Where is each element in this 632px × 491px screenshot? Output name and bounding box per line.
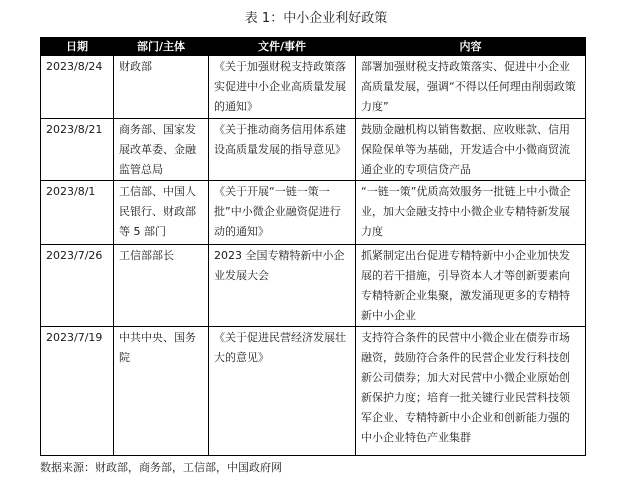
- cell-content: 部署加强财税支持政策落实、促进中小企业高质量发展，强调“不得以任何理由削弱政策力…: [356, 56, 586, 119]
- cell-department: 工信部、中国人民银行、财政部等 5 部门: [114, 181, 209, 245]
- cell-date: 2023/7/19: [41, 327, 114, 456]
- cell-document: 《关于开展“一链一策一批”中小微企业融资促进行动的通知》: [209, 181, 356, 245]
- cell-department: 商务部、国家发展改革委、金融监管总局: [114, 119, 209, 181]
- data-source-note: 数据来源：财政部，商务部，工信部，中国政府网: [40, 459, 282, 475]
- cell-content: 鼓励金融机构以销售数据、应收账款、信用保险保单等为基础，开发适合中小微商贸流通企…: [356, 119, 586, 181]
- cell-date: 2023/7/26: [41, 245, 114, 327]
- table-row: 2023/7/26 工信部部长 2023 全国专精特新中小企业发展大会 抓紧制定…: [41, 245, 586, 327]
- header-department: 部门/主体: [114, 38, 209, 56]
- cell-content: 支持符合条件的民营中小微企业在债券市场融资，鼓励符合条件的民营企业发行科技创新公…: [356, 327, 586, 456]
- cell-date: 2023/8/21: [41, 119, 114, 181]
- header-date: 日期: [41, 38, 114, 56]
- table-row: 2023/8/24 财政部 《关于加强财税支持政策落实促进中小企业高质量发展的通…: [41, 56, 586, 119]
- cell-document: 《关于促进民营经济发展壮大的意见》: [209, 327, 356, 456]
- table-header-row: 日期 部门/主体 文件/事件 内容: [41, 38, 586, 56]
- cell-department: 财政部: [114, 56, 209, 119]
- cell-document: 2023 全国专精特新中小企业发展大会: [209, 245, 356, 327]
- cell-content: “一链一策”优质高效服务一批链上中小微企业，加大金融支持中小微企业专精特新发展力…: [356, 181, 586, 245]
- table-row: 2023/7/19 中共中央、国务院 《关于促进民营经济发展壮大的意见》 支持符…: [41, 327, 586, 456]
- table-row: 2023/8/1 工信部、中国人民银行、财政部等 5 部门 《关于开展“一链一策…: [41, 181, 586, 245]
- header-content: 内容: [356, 38, 586, 56]
- header-document: 文件/事件: [209, 38, 356, 56]
- cell-department: 中共中央、国务院: [114, 327, 209, 456]
- cell-date: 2023/8/24: [41, 56, 114, 119]
- cell-department: 工信部部长: [114, 245, 209, 327]
- cell-date: 2023/8/1: [41, 181, 114, 245]
- cell-document: 《关于加强财税支持政策落实促进中小企业高质量发展的通知》: [209, 56, 356, 119]
- cell-content: 抓紧制定出台促进专精特新中小企业加快发展的若干措施，引导资本人才等创新要素向专精…: [356, 245, 586, 327]
- table-row: 2023/8/21 商务部、国家发展改革委、金融监管总局 《关于推动商务信用体系…: [41, 119, 586, 181]
- cell-document: 《关于推动商务信用体系建设高质量发展的指导意见》: [209, 119, 356, 181]
- policy-table: 日期 部门/主体 文件/事件 内容 2023/8/24 财政部 《关于加强财税支…: [40, 37, 586, 456]
- table-title: 表 1：中小企业利好政策: [0, 7, 632, 26]
